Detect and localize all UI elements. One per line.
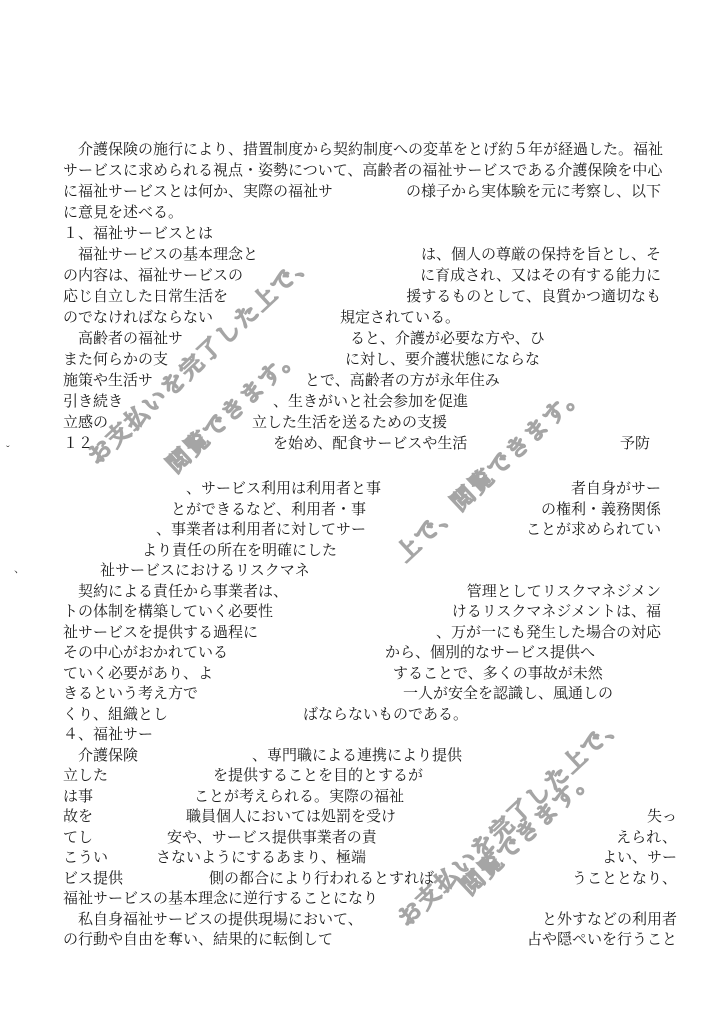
line-text: を提供することを目的とするが xyxy=(213,766,423,787)
text-line: 契約による責任から事業者は、管理としてリスクマネジメン xyxy=(63,582,661,603)
line-text: は、個人の尊厳の保持を旨とし、そ xyxy=(421,245,661,266)
text-line: １、福祉サービスとは xyxy=(63,224,661,245)
text-line: 立したを提供することを目的とするが xyxy=(63,766,661,787)
text-line: に意見を述べる。 xyxy=(63,203,661,224)
line-text: と外すなどの利用者 xyxy=(542,910,677,931)
text-line: 私自身福祉サービスの提供現場において、と外すなどの利用者 xyxy=(63,910,661,931)
text-line: 祉サービスを提供する過程に、万が一にも発生した場合の対応 xyxy=(63,623,661,644)
line-text: ると、介護が必要な方や、ひ xyxy=(350,329,545,350)
line-text: 占や隠ぺいを行うこと xyxy=(527,930,677,951)
line-text: 介護保険 xyxy=(63,746,138,767)
line-text: 応じ自立した日常生活を xyxy=(63,287,228,308)
line-text: 側の都合により行われるとすれば xyxy=(209,869,434,890)
line-text: くり、組織とし xyxy=(63,705,168,726)
line-text: 援するものとして、良質かつ適切なも xyxy=(406,287,661,308)
line-text: 予防 xyxy=(620,434,650,455)
line-text: 故を xyxy=(63,807,93,828)
line-text: の内容は、福祉サービスの xyxy=(63,266,243,287)
line-text: 、専門職による連携により提供 xyxy=(252,746,462,767)
line-text: ことが求められてい xyxy=(526,520,661,541)
line-text: 立感の xyxy=(63,413,108,434)
line-text: より責任の所在を明確にした xyxy=(142,541,337,562)
text-line: 介護保険の施行により、措置制度から契約制度への変革をとげ約５年が経過した。福祉 xyxy=(63,140,661,161)
text-line: 立感の立した生活を送るための支援 xyxy=(63,413,661,434)
line-text: トの体制を構築していく必要性 xyxy=(63,602,273,623)
line-text: 祉サービスを提供する過程に xyxy=(63,623,258,644)
line-text: その中心がおかれている xyxy=(63,643,228,664)
line-text: 、生きがいと社会参加を促進 xyxy=(273,392,468,413)
line-text: ビス提供 xyxy=(63,869,123,890)
text-line: の行動や自由を奪い、結果的に転倒して占や隠ぺいを行うこと xyxy=(63,930,661,951)
line-text: の行動や自由を奪い、結果的に転倒して xyxy=(63,930,333,951)
line-text: また何らかの支 xyxy=(63,350,168,371)
text-line: ていく必要があり、よすることで、多くの事故が未然 xyxy=(63,664,661,685)
stray-glyph: ˇ xyxy=(6,444,10,456)
text-line: 福祉サービスの基本理念に逆行することになり xyxy=(63,889,661,910)
text-line: 施策や生活サとで、高齢者の方が永年住み xyxy=(63,371,661,392)
text-line: 故を職員個人においては処罰を受け失っ xyxy=(63,807,661,828)
scanned-document-page: お支払いを完了した上で、 閲覧できます。 上で、閲覧できます。 お支払いを完了し… xyxy=(0,0,724,1024)
line-text: 施策や生活サ xyxy=(63,371,153,392)
line-text: の様子から実体験を元に考察し、以下 xyxy=(406,182,661,203)
line-text: えられ、 xyxy=(616,828,677,849)
text-line: サービスに求められる視点・姿勢について、高齢者の福祉サービスである介護保険を中心 xyxy=(63,161,661,182)
line-text: を始め、配食サービスや生活 xyxy=(273,434,467,455)
line-text: 立した生活を送るための支援 xyxy=(252,413,447,434)
text-line: ビス提供側の都合により行われるとすればうこととなり、 xyxy=(63,869,661,890)
line-text: ばならないものである。 xyxy=(303,705,468,726)
line-text: 者自身がサー xyxy=(571,479,661,500)
line-text: 失っ xyxy=(647,807,677,828)
text-line: に福祉サービスとは何か、実際の福祉サの様子から実体験を元に考察し、以下 xyxy=(63,182,661,203)
stray-glyph: 、 xyxy=(14,560,25,576)
line-text: 職員個人においては処罰を受け xyxy=(186,807,396,828)
line-text: 一人が安全を認識し、風通しの xyxy=(403,684,613,705)
line-text: 立した xyxy=(63,766,108,787)
text-line: また何らかの支に対し、要介護状態にならな xyxy=(63,350,661,371)
line-text: 管理としてリスクマネジメン xyxy=(467,582,661,603)
line-text: 高齢者の福祉サ xyxy=(63,329,183,350)
line-text: １２ xyxy=(63,434,93,455)
text-line: 応じ自立した日常生活を援するものとして、良質かつ適切なも xyxy=(63,287,661,308)
text-line: トの体制を構築していく必要性けるリスクマネジメントは、福 xyxy=(63,602,661,623)
line-text: けるリスクマネジメントは、福 xyxy=(452,602,661,623)
line-text: とで、高齢者の方が永年住み xyxy=(305,371,500,392)
text-line: ４、福祉サー xyxy=(63,725,661,746)
text-line: きるという考え方で一人が安全を認識し、風通しの xyxy=(63,684,661,705)
line-text: に福祉サービスとは何か、実際の福祉サ xyxy=(63,182,333,203)
line-text: ４、福祉サー xyxy=(63,725,153,746)
text-line: こういさないようにするあまり、極端よい、サー xyxy=(63,848,661,869)
text-line: 福祉サービスの基本理念とは、個人の尊厳の保持を旨とし、そ xyxy=(63,245,661,266)
text-line: その中心がおかれているから、個別的なサービス提供へ xyxy=(63,643,661,664)
text-line: 高齢者の福祉サると、介護が必要な方や、ひ xyxy=(63,329,661,350)
line-text: することで、多くの事故が未然 xyxy=(393,664,603,685)
line-text: よい、サー xyxy=(602,848,677,869)
line-text: 契約による責任から事業者は、 xyxy=(63,582,288,603)
text-line: てし安や、サービス提供事業者の責えられ、 xyxy=(63,828,661,849)
line-text: 、事業者は利用者に対してサー xyxy=(156,520,366,541)
text-line: の内容は、福祉サービスのに育成され、又はその有する能力に xyxy=(63,266,661,287)
text-line: は事ことが考えられる。実際の福祉 xyxy=(63,787,661,808)
line-text: は事 xyxy=(63,787,93,808)
line-text: サービスに求められる視点・姿勢について、高齢者の福祉サービスである介護保険を中心 xyxy=(63,161,662,182)
line-text: さないようにするあまり、極端 xyxy=(156,848,366,869)
line-text: に意見を述べる。 xyxy=(63,203,183,224)
line-text: 、サービス利用は利用者と事 xyxy=(186,479,381,500)
line-text: 祉サービスにおけるリスクマネ xyxy=(100,561,310,582)
line-text: に対し、要介護状態にならな xyxy=(345,350,540,371)
line-text: から、個別的なサービス提供へ xyxy=(385,643,595,664)
line-text: 引き続き xyxy=(63,392,123,413)
line-text: 私自身福祉サービスの提供現場において、 xyxy=(63,910,363,931)
line-text: てし xyxy=(63,828,93,849)
text-line: 、サービス利用は利用者と事者自身がサー xyxy=(63,479,661,500)
line-text: ことが考えられる。実際の福祉 xyxy=(194,787,404,808)
line-text: １、福祉サービスとは xyxy=(63,224,213,245)
line-text: に育成され、又はその有する能力に xyxy=(420,266,661,287)
line-text: こうい xyxy=(63,848,108,869)
text-line: １２を始め、配食サービスや生活予防 xyxy=(63,434,661,455)
text-line: 引き続き、生きがいと社会参加を促進 xyxy=(63,392,661,413)
line-text: 福祉サービスの基本理念と xyxy=(63,245,258,266)
line-text: 安や、サービス提供事業者の責 xyxy=(167,828,377,849)
line-text: 介護保険の施行により、措置制度から契約制度への変革をとげ約５年が経過した。福祉 xyxy=(63,140,663,161)
line-text: の権利・義務関係 xyxy=(541,500,661,521)
text-line: 祉サービスにおけるリスクマネ xyxy=(63,561,661,582)
text-line: 、事業者は利用者に対してサーことが求められてい xyxy=(63,520,661,541)
line-text: ていく必要があり、よ xyxy=(63,664,213,685)
text-line: とができるなど、利用者・事の権利・義務関係 xyxy=(63,500,661,521)
text-line: のでなければならない規定されている。 xyxy=(63,308,661,329)
line-text: 福祉サービスの基本理念に逆行することになり xyxy=(63,889,378,910)
line-text: きるという考え方で xyxy=(63,684,198,705)
line-text: うこととなり、 xyxy=(572,869,677,890)
line-text: 、万が一にも発生した場合の対応 xyxy=(436,623,661,644)
text-line: 介護保険、専門職による連携により提供 xyxy=(63,746,661,767)
line-text: 規定されている。 xyxy=(340,308,460,329)
text-line: より責任の所在を明確にした xyxy=(63,541,661,562)
line-text: とができるなど、利用者・事 xyxy=(171,500,366,521)
text-line: くり、組織としばならないものである。 xyxy=(63,705,661,726)
line-text: のでなければならない xyxy=(63,308,213,329)
